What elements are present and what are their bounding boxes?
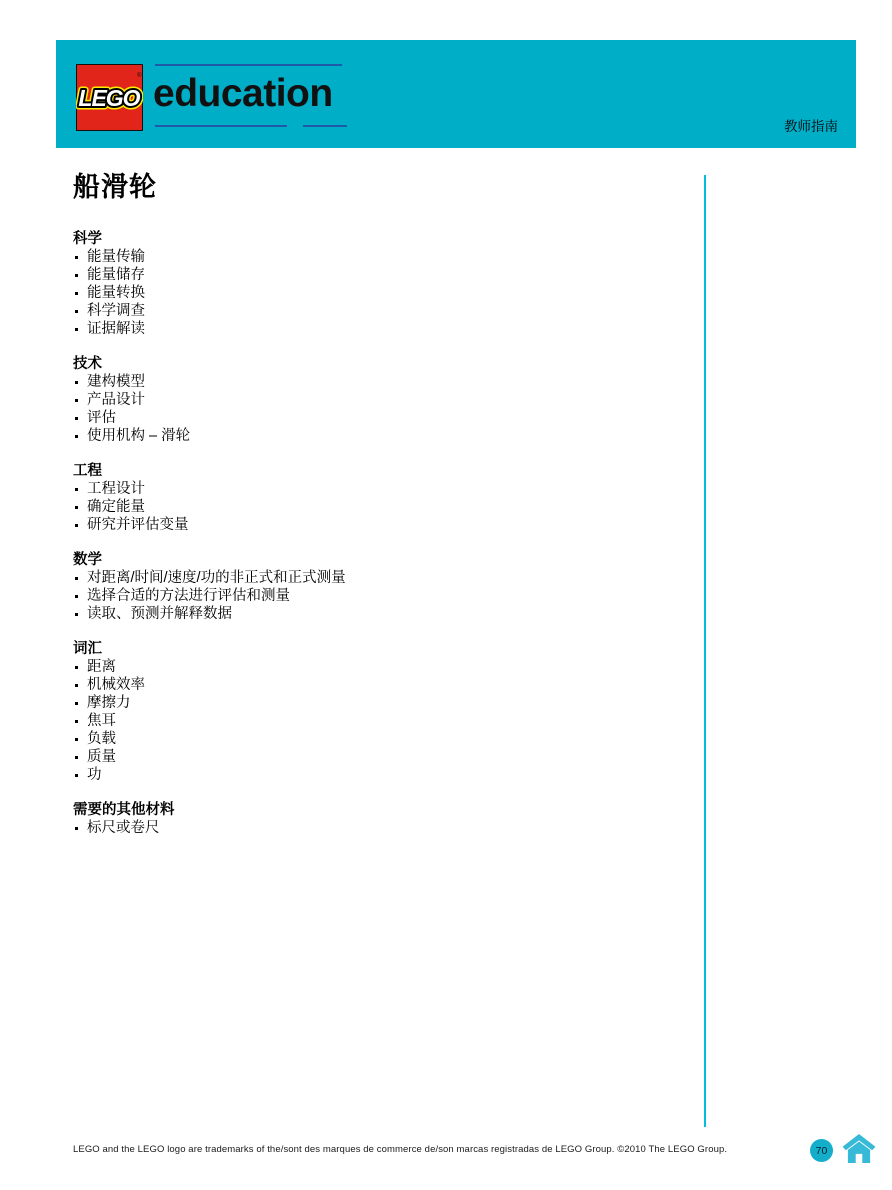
list-item-text: 功: [87, 766, 102, 784]
list-item: 科学调查: [73, 302, 653, 320]
list-item-text: 建构模型: [87, 373, 145, 391]
bullet-icon: [75, 435, 78, 438]
list-item: 能量储存: [73, 266, 653, 284]
bullet-icon: [75, 595, 78, 598]
bullet-icon: [75, 738, 78, 741]
list-item-text: 证据解读: [87, 320, 145, 338]
list-item-text: 负载: [87, 730, 116, 748]
list-item-text: 能量储存: [87, 266, 145, 284]
bullet-icon: [75, 292, 78, 295]
list-item-text: 距离: [87, 658, 116, 676]
bullet-icon: [75, 756, 78, 759]
section-list: 标尺或卷尺: [73, 819, 653, 837]
section: 需要的其他材料 标尺或卷尺: [73, 801, 653, 837]
section: 词汇 距离机械效率摩擦力焦耳负载质量功: [73, 640, 653, 784]
list-item: 确定能量: [73, 498, 653, 516]
section-heading: 需要的其他材料: [73, 801, 653, 819]
list-item-text: 能量转换: [87, 284, 145, 302]
bullet-icon: [75, 684, 78, 687]
brand-block: education: [56, 40, 856, 148]
page-number-badge: 70: [810, 1139, 833, 1162]
list-item-text: 对距离/时间/速度/功的非正式和正式测量: [87, 569, 346, 587]
bullet-icon: [75, 613, 78, 616]
list-item: 证据解读: [73, 320, 653, 338]
bullet-icon: [75, 524, 78, 527]
section-list: 建构模型产品设计评估使用机构 – 滑轮: [73, 373, 653, 445]
list-item: 产品设计: [73, 391, 653, 409]
list-item: 距离: [73, 658, 653, 676]
sections: 科学 能量传输能量储存能量转换科学调查证据解读 技术 建构模型产品设计评估使用机…: [73, 230, 653, 854]
section-heading: 工程: [73, 462, 653, 480]
list-item: 机械效率: [73, 676, 653, 694]
list-item-text: 读取、预测并解释数据: [87, 605, 232, 623]
brand-line-top: [155, 64, 342, 66]
list-item: 负载: [73, 730, 653, 748]
list-item: 能量传输: [73, 248, 653, 266]
bullet-icon: [75, 506, 78, 509]
brand-line-bottom-right: [303, 125, 347, 127]
list-item-text: 评估: [87, 409, 116, 427]
bullet-icon: [75, 328, 78, 331]
list-item: 建构模型: [73, 373, 653, 391]
section-heading: 词汇: [73, 640, 653, 658]
section-heading: 科学: [73, 230, 653, 248]
bullet-icon: [75, 774, 78, 777]
list-item-text: 选择合适的方法进行评估和测量: [87, 587, 290, 605]
section-list: 能量传输能量储存能量转换科学调查证据解读: [73, 248, 653, 338]
list-item-text: 产品设计: [87, 391, 145, 409]
bullet-icon: [75, 310, 78, 313]
list-item: 能量转换: [73, 284, 653, 302]
section-heading: 技术: [73, 355, 653, 373]
list-item: 标尺或卷尺: [73, 819, 653, 837]
bullet-icon: [75, 666, 78, 669]
list-item-text: 研究并评估变量: [87, 516, 189, 534]
brand-wordmark: education: [153, 74, 333, 113]
list-item-text: 工程设计: [87, 480, 145, 498]
section-list: 对距离/时间/速度/功的非正式和正式测量选择合适的方法进行评估和测量读取、预测并…: [73, 569, 653, 623]
list-item: 质量: [73, 748, 653, 766]
list-item: 读取、预测并解释数据: [73, 605, 653, 623]
bullet-icon: [75, 577, 78, 580]
list-item: 摩擦力: [73, 694, 653, 712]
bullet-icon: [75, 827, 78, 830]
section-list: 工程设计确定能量研究并评估变量: [73, 480, 653, 534]
brand-line-bottom-left: [155, 125, 287, 127]
list-item-text: 科学调查: [87, 302, 145, 320]
section-heading: 数学: [73, 551, 653, 569]
list-item: 对距离/时间/速度/功的非正式和正式测量: [73, 569, 653, 587]
header-bar: LEGO LEGO LEGO ® education 教师指南: [56, 40, 856, 148]
section: 数学 对距离/时间/速度/功的非正式和正式测量选择合适的方法进行评估和测量读取、…: [73, 551, 653, 623]
section-list: 距离机械效率摩擦力焦耳负载质量功: [73, 658, 653, 784]
bullet-icon: [75, 488, 78, 491]
list-item: 使用机构 – 滑轮: [73, 427, 653, 445]
vertical-rule: [704, 175, 706, 1127]
list-item: 功: [73, 766, 653, 784]
bullet-icon: [75, 720, 78, 723]
bullet-icon: [75, 399, 78, 402]
home-button[interactable]: [842, 1134, 876, 1163]
list-item-text: 焦耳: [87, 712, 116, 730]
list-item-text: 质量: [87, 748, 116, 766]
list-item-text: 能量传输: [87, 248, 145, 266]
section: 技术 建构模型产品设计评估使用机构 – 滑轮: [73, 355, 653, 445]
list-item: 研究并评估变量: [73, 516, 653, 534]
list-item: 选择合适的方法进行评估和测量: [73, 587, 653, 605]
bullet-icon: [75, 417, 78, 420]
section: 科学 能量传输能量储存能量转换科学调查证据解读: [73, 230, 653, 338]
home-icon: [843, 1134, 876, 1163]
page-title: 船滑轮: [73, 165, 157, 204]
trademark-text: LEGO and the LEGO logo are trademarks of…: [73, 1144, 727, 1155]
bullet-icon: [75, 274, 78, 277]
section: 工程 工程设计确定能量研究并评估变量: [73, 462, 653, 534]
bullet-icon: [75, 381, 78, 384]
list-item: 评估: [73, 409, 653, 427]
list-item-text: 确定能量: [87, 498, 145, 516]
list-item: 工程设计: [73, 480, 653, 498]
document-type-label: 教师指南: [784, 115, 838, 135]
list-item: 焦耳: [73, 712, 653, 730]
list-item-text: 标尺或卷尺: [87, 819, 160, 837]
list-item-text: 使用机构 – 滑轮: [87, 427, 190, 445]
list-item-text: 机械效率: [87, 676, 145, 694]
bullet-icon: [75, 256, 78, 259]
bullet-icon: [75, 702, 78, 705]
list-item-text: 摩擦力: [87, 694, 131, 712]
